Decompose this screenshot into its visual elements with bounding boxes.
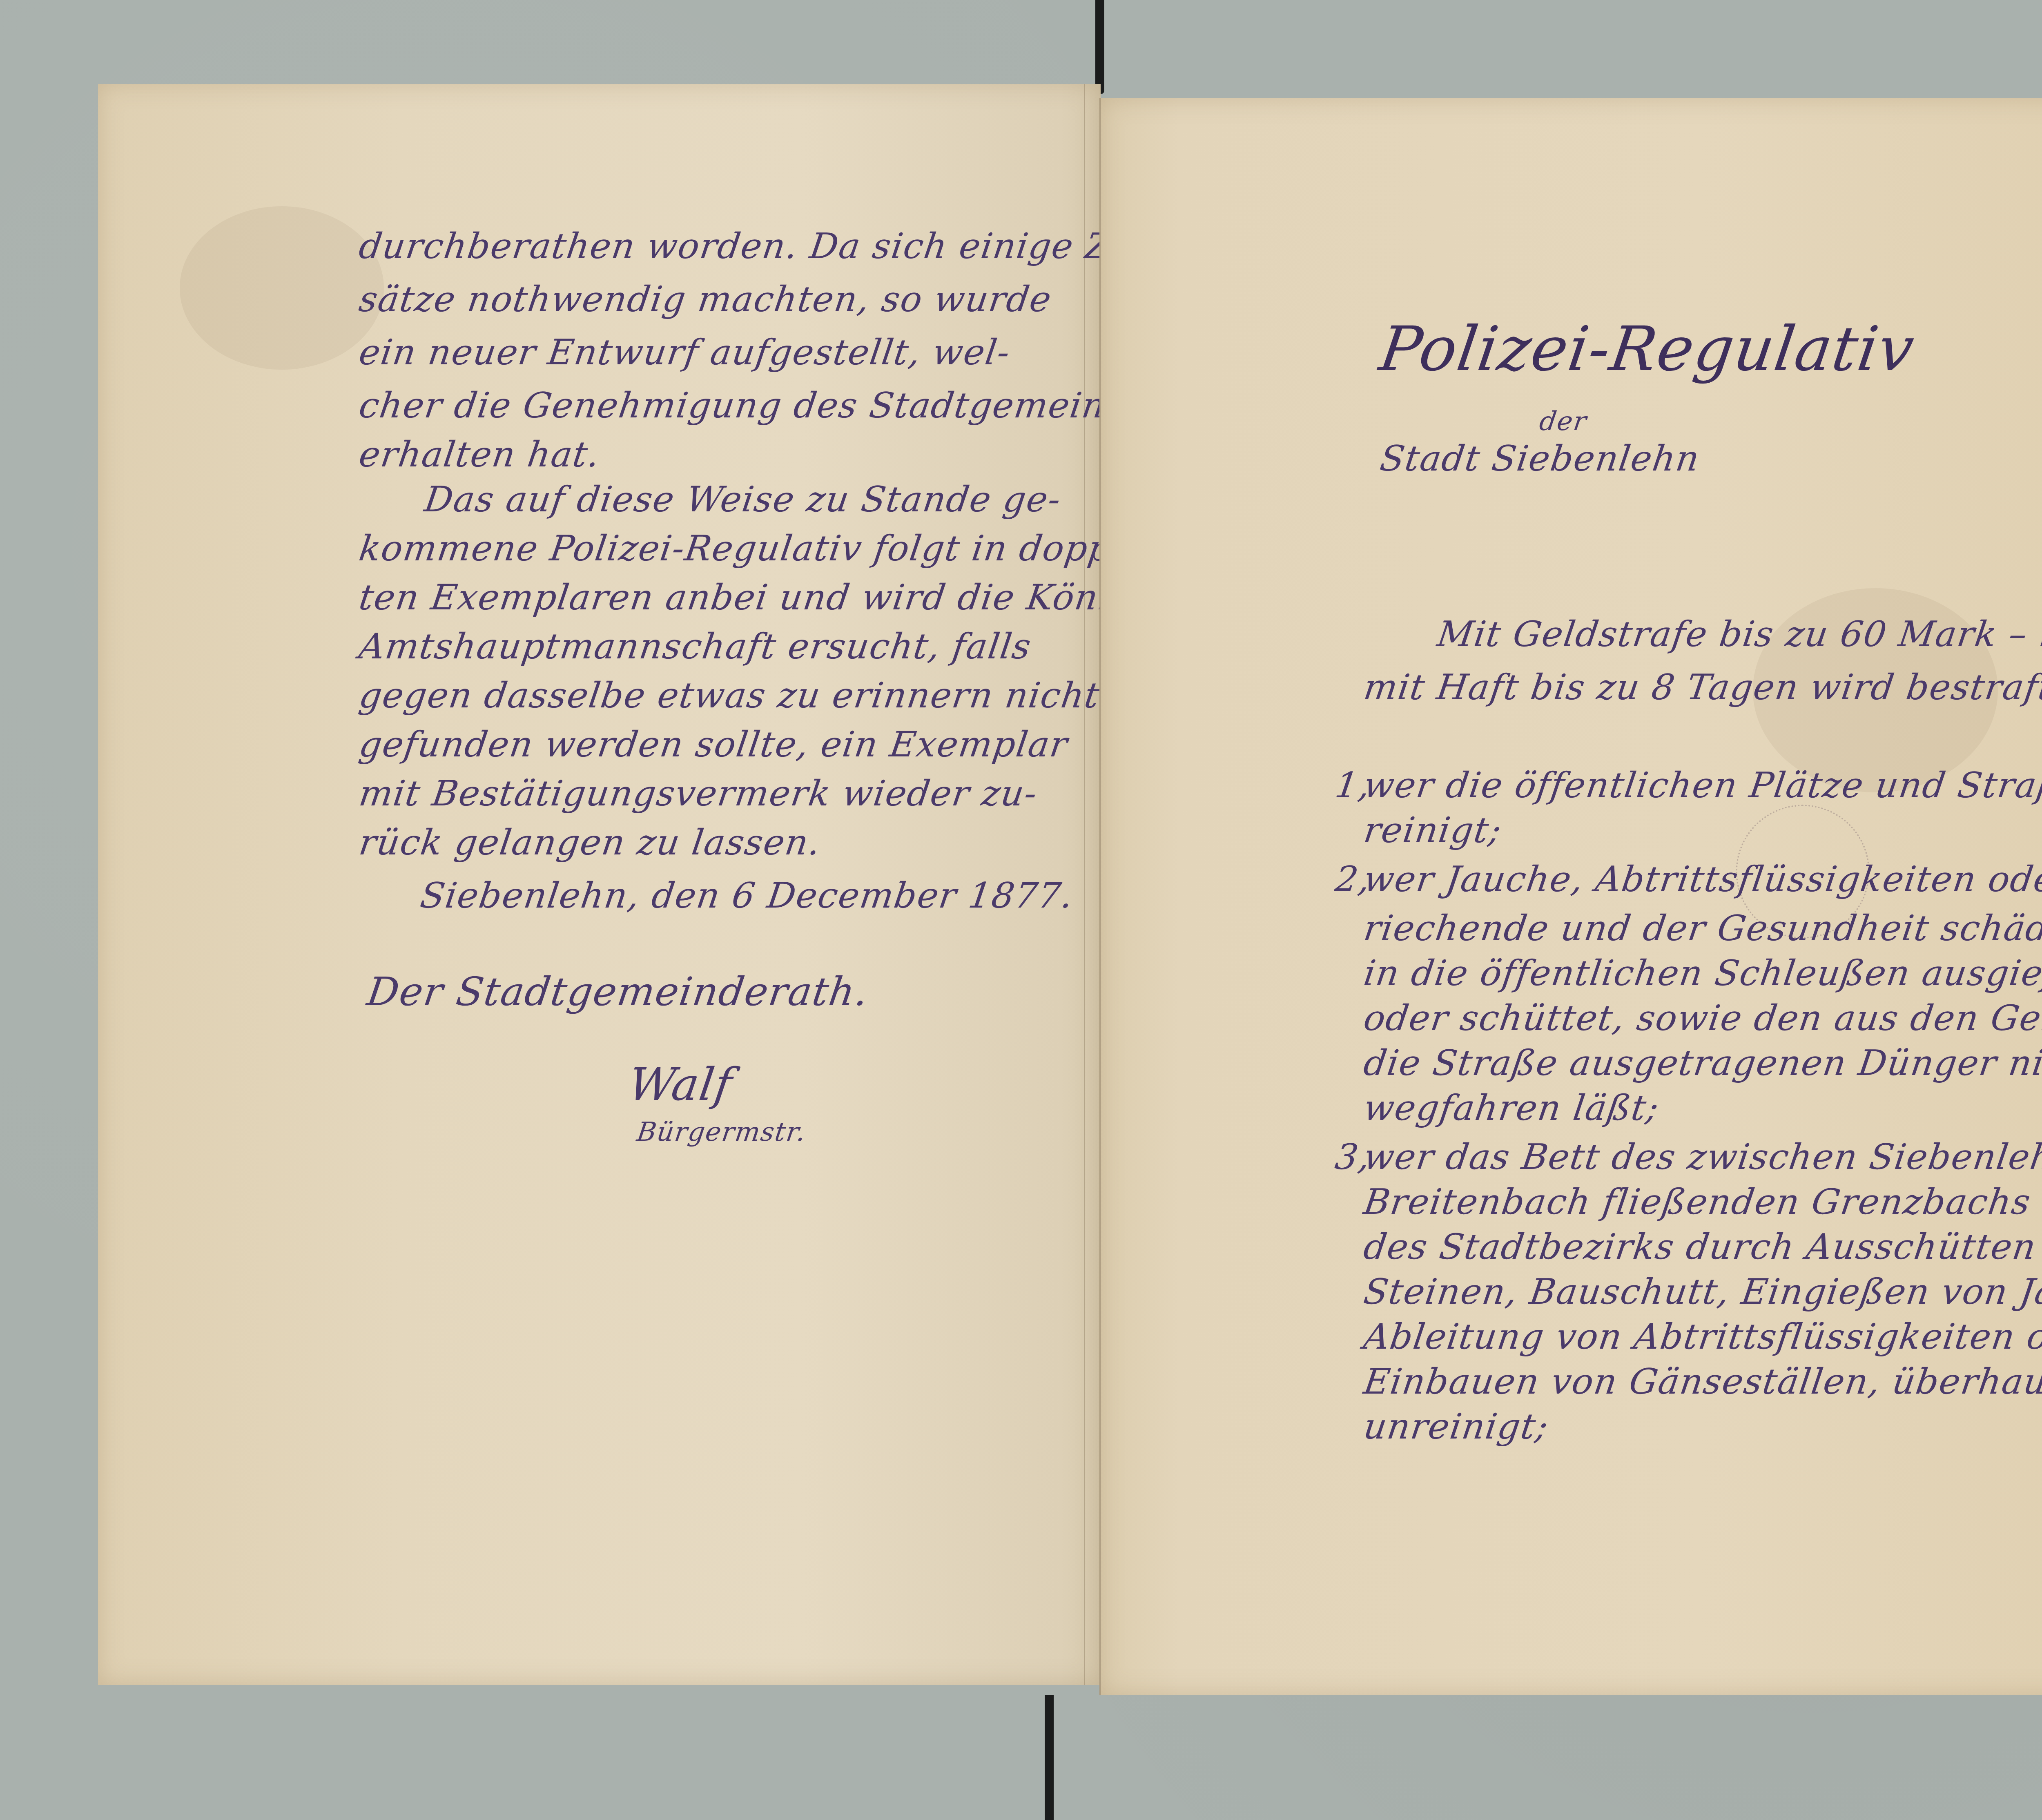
item-2-line-5: die Straße ausgetragenen Dünger nicht so… [1362, 1046, 2042, 1081]
left-line-1: durchberathen worden. Da sich einige Zu- [357, 229, 1149, 264]
item-2-line-4: oder schüttet, sowie den aus den Gehöfte… [1362, 1001, 2042, 1036]
item-1-line-2: reinigt; [1362, 813, 1504, 848]
left-line-3: ein neuer Entwurf aufgestellt, wel- [357, 335, 1013, 370]
item-3-line-7: unreinigt; [1362, 1409, 1551, 1444]
left-line-2: sätze nothwendig machten, so wurde [357, 282, 1054, 317]
signature: Walf [626, 1062, 735, 1107]
item-3-line-3: des Stadtbezirks durch Ausschütten von A… [1362, 1229, 2042, 1265]
left-line-8: ten Exemplaren anbei und wird die Königl… [357, 580, 1160, 615]
intro-line-1: Mit Geldstrafe bis zu 60 Mark – rf. oder [1435, 617, 2042, 652]
binding-spine-bottom [1045, 1695, 1054, 1820]
left-line-5: erhalten hat. [357, 437, 602, 472]
intro-line-2: mit Haft bis zu 8 Tagen wird bestraft: [1362, 670, 2042, 705]
item-1-line-1: wer die öffentlichen Plätze und Straßen … [1362, 768, 2042, 803]
document-title: Polizei-Regulativ [1376, 319, 1918, 380]
signature-title: Bürgermstr. [635, 1119, 808, 1145]
left-line-6: Das auf diese Weise zu Stande ge- [422, 482, 1063, 517]
item-2-line-2: riechende und der Gesundheit schädliche … [1362, 911, 2042, 946]
binding-spine-top [1095, 0, 1104, 94]
left-line-11: gefunden werden sollte, ein Exemplar [357, 727, 1070, 762]
item-3-line-6: Einbauen von Gänseställen, überhaupt ver… [1362, 1364, 2042, 1399]
left-line-7: kommene Polizei-Regulativ folgt in dopp- [357, 531, 1127, 566]
item-2-line-6: wegfahren läßt; [1362, 1091, 1662, 1126]
item-3-line-4: Steinen, Bauschutt, Eingießen von Jauche… [1362, 1274, 2042, 1309]
document-subtitle: Stadt Siebenlehn [1378, 441, 1702, 476]
paper-stain [180, 206, 384, 370]
item-3-line-2: Breitenbach fließenden Grenzbachs innerh… [1362, 1184, 2042, 1220]
item-3-line-1: wer das Bett des zwischen Siebenlehn und [1362, 1140, 2042, 1175]
left-line-13: rück gelangen zu lassen. [357, 825, 823, 860]
title-der: der [1538, 408, 1589, 435]
left-line-12: mit Bestätigungsvermerk wieder zu- [357, 776, 1040, 811]
item-2-line-1: wer Jauche, Abtrittsflüssigkeiten oder ü… [1362, 862, 2042, 897]
item-3-line-5: Ableitung von Abtrittsflüssigkeiten oder… [1362, 1319, 2042, 1354]
item-2-line-3: in die öffentlichen Schleußen ausgießt, … [1362, 956, 2042, 991]
page-fold-line [1084, 84, 1085, 1685]
left-line-10: gegen dasselbe etwas zu erinnern nicht [357, 678, 1102, 713]
left-line-9: Amtshauptmannschaft ersucht, falls [357, 629, 1034, 664]
place-date: Siebenlehn, den 6 December 1877. [418, 878, 1076, 913]
closing-council: Der Stadtgemeinderath. [365, 972, 871, 1011]
